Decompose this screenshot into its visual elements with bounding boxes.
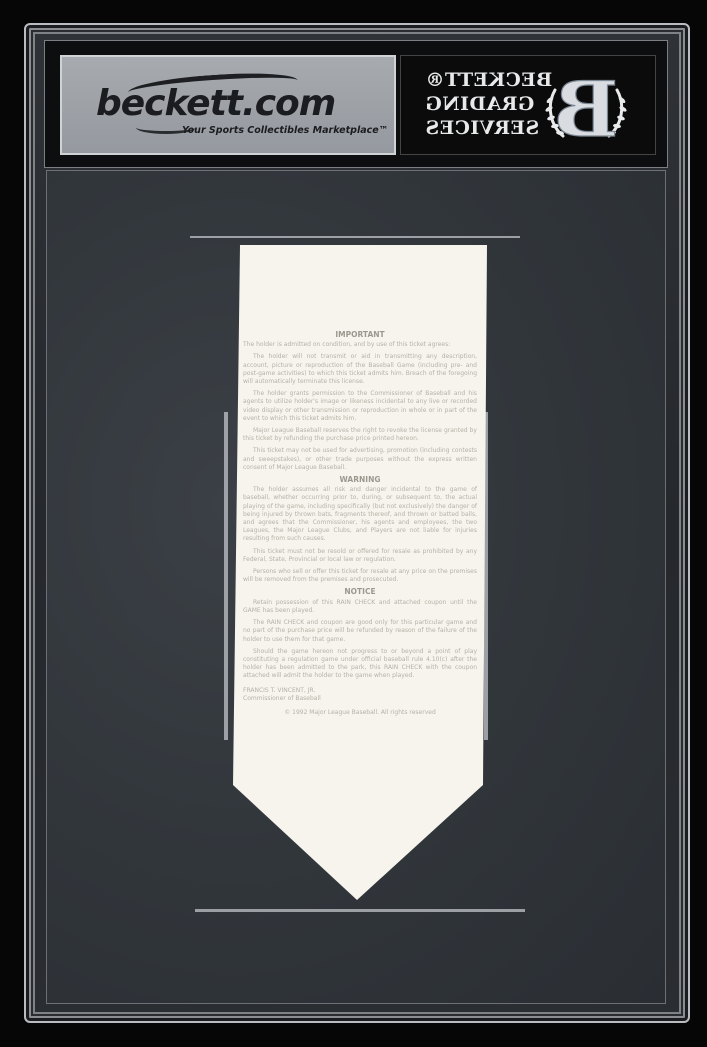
bgs-line-3: SERVICES	[425, 116, 552, 140]
paragraph: Should the game hereon not progress to o…	[243, 648, 477, 681]
bottom-ridge	[195, 909, 525, 912]
paragraph: The holder is admitted on condition, and…	[243, 341, 477, 349]
paragraph: Persons who sell or offer this ticket fo…	[243, 568, 477, 584]
paragraph: This ticket must not be resold or offere…	[243, 548, 477, 564]
ticket-stub: IMPORTANT The holder is admitted on cond…	[233, 245, 487, 900]
bgs-wordmark: BECKETT® GRADING SERVICES	[425, 68, 552, 140]
brand-tagline: Your Sports Collectibles Marketplace™	[182, 125, 388, 136]
paragraph: This ticket may not be used for advertis…	[243, 447, 477, 472]
left-ridge	[224, 412, 228, 740]
brand-wordmark: beckett.com	[96, 83, 335, 124]
paragraph: Major League Baseball reserves the right…	[243, 427, 477, 443]
copyright-line: © 1992 Major League Baseball. All rights…	[243, 709, 477, 717]
ticket-fine-print: IMPORTANT The holder is admitted on cond…	[243, 329, 477, 721]
signature-title: Commissioner of Baseball	[243, 695, 477, 703]
bgs-laurel-b-logo-icon: B	[543, 64, 629, 148]
bgs-line-2: GRADING	[425, 92, 552, 116]
signature-name: FRANCIS T. VINCENT, JR.	[243, 687, 477, 695]
paragraph: The holder assumes all risk and danger i…	[243, 486, 477, 543]
paragraph: Retain possession of this RAIN CHECK and…	[243, 599, 477, 615]
bgs-line-1: BECKETT®	[425, 68, 552, 92]
heading-warning: WARNING	[243, 476, 477, 484]
beckett-com-label: beckett.com Your Sports Collectibles Mar…	[60, 55, 396, 155]
heading-important: IMPORTANT	[243, 331, 477, 339]
paragraph: The holder grants permission to the Comm…	[243, 390, 477, 423]
svg-text:B: B	[554, 65, 618, 148]
bgs-label: BECKETT® GRADING SERVICES B	[400, 55, 656, 155]
paragraph: The RAIN CHECK and coupon are good only …	[243, 619, 477, 644]
top-ridge	[190, 236, 520, 238]
paragraph: The holder will not transmit or aid in t…	[243, 353, 477, 386]
heading-notice: NOTICE	[243, 588, 477, 596]
